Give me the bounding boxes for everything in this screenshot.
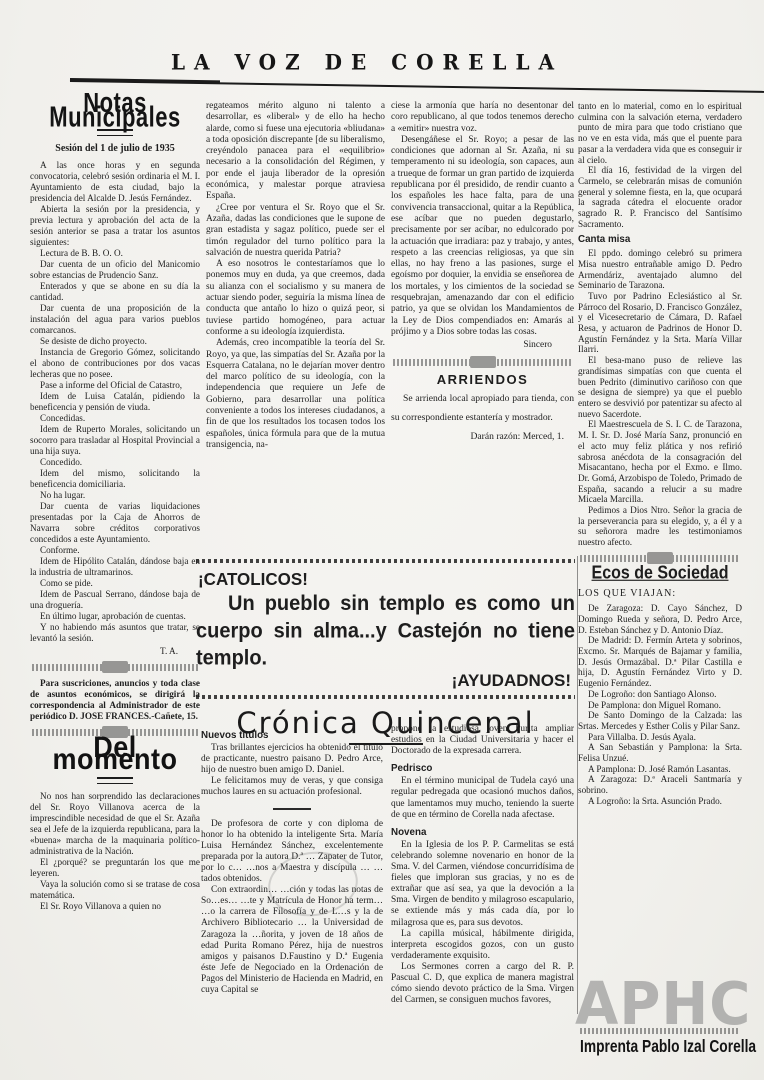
column-divider-rule — [577, 556, 578, 1014]
column-notas-municipales: Notas Municipales Sesión del 1 de julio … — [30, 93, 200, 1080]
column-del-momento-end: ciese la armonía que haría no desentonar… — [391, 101, 574, 557]
masthead-title: LA VOZ DE CORELLA — [0, 49, 734, 74]
paragraph: Y no habiendo más asuntos que tratar, se… — [30, 622, 200, 644]
paragraph: Desengáñese el Sr. Royo; a pesar de las … — [391, 135, 574, 338]
section-title-notas-municipales: Notas Municipales — [30, 95, 200, 124]
paragraph: Idem de Luisa Catalán, pidiendo la benef… — [30, 391, 200, 413]
paragraph: De Zaragoza: D. Cayo Sánchez, D Domingo … — [578, 603, 742, 635]
ornament-divider — [580, 555, 740, 562]
paragraph: Dar cuenta de una proposición de la inst… — [30, 303, 200, 336]
paragraph: De Logroño: don Santiago Alonso. — [578, 689, 742, 700]
paragraph: La capilla músical, hábilmente dirigida,… — [391, 929, 574, 962]
paragraph: Concedidas. — [30, 413, 200, 424]
aphc-watermark: APHC — [575, 970, 751, 1038]
momento-continuation-list: regateamos mérito alguno ni talento a de… — [206, 101, 385, 451]
paragraph: De Madrid: D. Fermín Arteta y sobrinos, … — [578, 635, 742, 689]
sub-heading-canta-misa: Canta misa — [578, 235, 742, 246]
paragraph: En la Iglesia de los P. P. Carmelitas se… — [391, 840, 574, 929]
paragraph: Idem del mismo, solicitando la beneficen… — [30, 468, 200, 490]
dotted-rule — [196, 559, 575, 563]
paragraph: Instancia de Gregorio Gómez, solicitando… — [30, 347, 200, 380]
paragraph: ¿Cree por ventura el Sr. Royo que el Sr.… — [206, 203, 385, 259]
cronica-right-column: propone la estudiosa joven Purita amplia… — [391, 724, 574, 1080]
paragraph: Enterados y que se abone en su día la ca… — [30, 281, 200, 303]
paragraph: El ppdo. domingo celebró su primera Misa… — [578, 248, 742, 291]
paragraph: Además, creo incompatible la teoría del … — [206, 338, 385, 451]
paragraph: A eso nosotros le contestaríamos que lo … — [206, 259, 385, 338]
column-del-momento-continuation: regateamos mérito alguno ni talento a de… — [206, 101, 385, 556]
title-rule — [97, 777, 133, 784]
catolicos-banner: ¡CATOLICOS! Un pueblo sin templo es como… — [196, 556, 575, 745]
sub-heading-nuevos-titulos: Nuevos títulos — [201, 730, 383, 741]
paragraph: En último lugar, aprobación de cuentas. — [30, 611, 200, 622]
momento-conclusion-list: ciese la armonía que haría no desentonar… — [391, 101, 574, 338]
paragraph: El día 16, festividad de la virgen del C… — [578, 165, 742, 229]
newspaper-page: LA VOZ DE CORELLA Notas Municipales Sesi… — [0, 0, 764, 1080]
paragraph: propone la estudiosa joven Purita amplia… — [391, 724, 574, 757]
sub-heading-pedrisco: Pedrisco — [391, 763, 574, 774]
paragraph: Vaya la solución como si se tratase de c… — [30, 879, 200, 901]
paragraph: A las once horas y en segunda convocator… — [30, 160, 200, 204]
notas-paragraph-list: A las once horas y en segunda convocator… — [30, 160, 200, 644]
banner-body: Un pueblo sin templo es como un cuerpo s… — [196, 590, 575, 672]
column-right: tanto en lo material, como en lo espirit… — [578, 101, 742, 1080]
paragraph: regateamos mérito alguno ni talento a de… — [206, 101, 385, 203]
momento-paragraph-list: No nos han sorprendido las declaraciones… — [30, 791, 200, 912]
section-title-ecos-de-sociedad: Ecos de Sociedad — [578, 568, 742, 580]
paragraph: El ¿porqué? se preguntarán los que me le… — [30, 857, 200, 879]
paragraph: Idem de Hipólito Catalán, dándose baja e… — [30, 556, 200, 578]
paragraph: A Pamplona: D. José Ramón Lasantas. — [578, 764, 742, 775]
arriendos-body: Se arrienda local apropiado para tienda,… — [391, 389, 574, 427]
ornament-divider — [393, 359, 572, 366]
arriendos-contact: Darán razón: Merced, 1. — [391, 427, 574, 446]
subscription-notice: Para suscriciones, anuncios y toda clase… — [30, 678, 200, 722]
paragraph: En el término municipal de Tudela cayó u… — [391, 776, 574, 820]
paragraph: tanto en lo material, como en lo espirit… — [578, 101, 742, 165]
paragraph: Pase a informe del Oficial de Catastro, — [30, 380, 200, 391]
paragraph-divider — [273, 808, 311, 810]
sub-heading-novena: Novena — [391, 827, 574, 838]
dotted-rule — [196, 695, 575, 699]
ecos-label: LOS QUE VIAJAN: — [578, 589, 742, 600]
ornament-divider — [32, 664, 198, 671]
paragraph: El besa-mano puso de relieve las grandís… — [578, 355, 742, 419]
paragraph: No nos han sorprendido las declaraciones… — [30, 791, 200, 857]
paragraph: A Logroño: la Srta. Asunción Prado. — [578, 796, 742, 807]
signature-sincero: Sincero — [391, 340, 574, 351]
right-column-list: tanto en lo material, como en lo espirit… — [578, 101, 742, 548]
paragraph: El Sr. Royo Villanova a quien no — [30, 901, 200, 912]
paragraph: Pedimos a Dios Ntro. Señor la gracia de … — [578, 505, 742, 548]
paragraph: Abierta la sesión por la presidencia, y … — [30, 204, 200, 248]
paragraph: Lectura de B. B. O. O. — [30, 248, 200, 259]
session-subtitle: Sesión del 1 de julio de 1935 — [30, 143, 200, 154]
paragraph: Tuvo por Padrino Eclesiástico al Sr. Pár… — [578, 291, 742, 355]
paragraph: Tras brillantes ejercicios ha obtenido e… — [201, 743, 383, 776]
paragraph: Para Villalba. D. Jesús Ayala. — [578, 732, 742, 743]
banner-heading: ¡CATOLICOS! — [198, 570, 575, 591]
paragraph: Concedido. — [30, 457, 200, 468]
paragraph: Idem de Pascual Serrano, dándose baja de… — [30, 589, 200, 611]
signature-ta: T. A. — [30, 646, 200, 657]
paragraph: El Maestrescuela de S. I. C. de Tarazona… — [578, 419, 742, 505]
paragraph: Conforme. — [30, 545, 200, 556]
arriendos-title: ARRIENDOS — [391, 374, 574, 385]
paragraph: A Zaragoza: D.ª Araceli Santmaría y sobr… — [578, 774, 742, 795]
ecos-entry-list: De Zaragoza: D. Cayo Sánchez, D Domingo … — [578, 603, 742, 806]
paragraph: Como se pide. — [30, 578, 200, 589]
paragraph: Se desiste de dicho proyecto. — [30, 336, 200, 347]
paragraph: Dar cuenta de varias liquidaciones prese… — [30, 501, 200, 545]
paragraph: Idem de Ruperto Morales, solicitando un … — [30, 424, 200, 457]
paragraph: Le felicitamos muy de veras, y que consi… — [201, 776, 383, 798]
imprenta-footer: Imprenta Pablo Izal Corella — [580, 1038, 736, 1057]
paragraph: Dar cuenta de un oficio del Manicomio so… — [30, 259, 200, 281]
paragraph: ciese la armonía que haría no desentonar… — [391, 101, 574, 135]
paragraph: De Pamplona: don Miguel Romano. — [578, 700, 742, 711]
paragraph: No ha lugar. — [30, 490, 200, 501]
paragraph: Los Sermones corren a cargo del R. P. Pa… — [391, 962, 574, 1006]
paragraph: De Santo Domingo de la Calzada: las Srta… — [578, 710, 742, 731]
banner-call: ¡AYUDADNOS! — [196, 671, 575, 691]
paragraph: A San Sebastián y Pamplona: la Srta. Fel… — [578, 742, 742, 763]
section-title-del-momento: Del momento — [30, 742, 200, 766]
